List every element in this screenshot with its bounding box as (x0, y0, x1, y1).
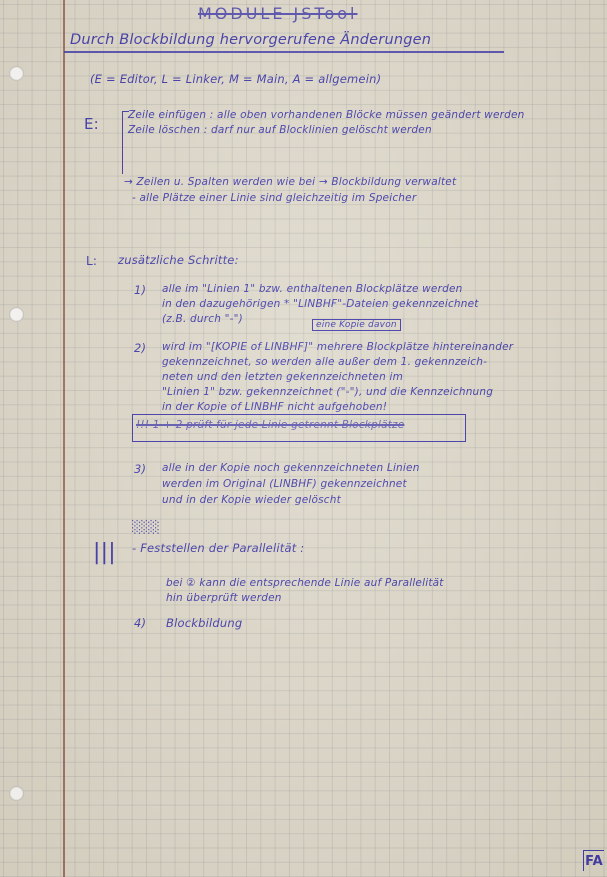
initials-stamp: FA (583, 850, 604, 871)
step-3-line: werden im Original (LINBHF) gekennzeichn… (162, 478, 407, 490)
step-1-line: (z.B. durch "-") (162, 313, 243, 325)
parallel-line: hin überprüft werden (166, 592, 282, 604)
step-2-line: neten und den letzten gekennzeichneten i… (162, 371, 403, 383)
section-l-label: L: (86, 254, 97, 268)
page-heading: Durch Blockbildung hervorgerufene Änderu… (70, 32, 431, 48)
step-number: 1) (134, 283, 146, 297)
step-number: 3) (134, 462, 146, 476)
margin-line (63, 0, 65, 877)
heading-underline (64, 51, 504, 53)
parallel-line: bei ② kann die entsprechende Linie auf P… (166, 577, 444, 589)
punch-hole-middle (9, 307, 24, 322)
section-e-note: - alle Plätze einer Linie sind gleichzei… (132, 192, 416, 204)
attention-marker: ||| (93, 540, 116, 565)
step-4-text: Blockbildung (166, 616, 242, 630)
step-1-line: alle im "Linien 1" bzw. enthaltenen Bloc… (162, 283, 463, 295)
step-2-line: "Linien 1" bzw. gekennzeichnet ("-"), un… (162, 386, 493, 398)
punch-hole-top (9, 66, 24, 81)
step-number: 4) (134, 616, 146, 630)
section-l-intro: zusätzliche Schritte: (118, 253, 239, 267)
crossed-out-note: !!! 1 + 2 prüft für jede Linie getrennt … (136, 419, 404, 431)
section-e-item: Zeile einfügen : alle oben vorhandenen B… (128, 109, 525, 121)
section-e-label: E: (84, 115, 99, 133)
step-2-line: wird im "[KOPIE of LINBHF]" mehrere Bloc… (162, 341, 513, 353)
step-number: 2) (134, 341, 146, 355)
page-title-crossed-out: MODULE JSTool (198, 4, 358, 23)
step-3-line: alle in der Kopie noch gekennzeichneten … (162, 462, 420, 474)
scribble-mark: ░░░ (132, 520, 160, 534)
section-e-item: Zeile löschen : darf nur auf Blocklinien… (128, 124, 432, 136)
step-3-line: und in der Kopie wieder gelöscht (162, 494, 341, 506)
parallel-heading: - Feststellen der Parallelität : (132, 541, 304, 555)
step-2-line: in der Kopie of LINBHF nicht aufgehoben! (162, 401, 387, 413)
abbreviation-legend: (E = Editor, L = Linker, M = Main, A = a… (90, 72, 381, 86)
step-1-line: in den dazugehörigen * "LINBHF"-Dateien … (162, 298, 479, 310)
notebook-page: MODULE JSTool Durch Blockbildung hervorg… (0, 0, 607, 877)
step-2-line: gekennzeichnet, so werden alle außer dem… (162, 356, 487, 368)
section-e-note: → Zeilen u. Spalten werden wie bei → Blo… (124, 176, 456, 188)
punch-hole-bottom (9, 786, 24, 801)
step-1-boxed-note: eine Kopie davon (312, 319, 401, 331)
